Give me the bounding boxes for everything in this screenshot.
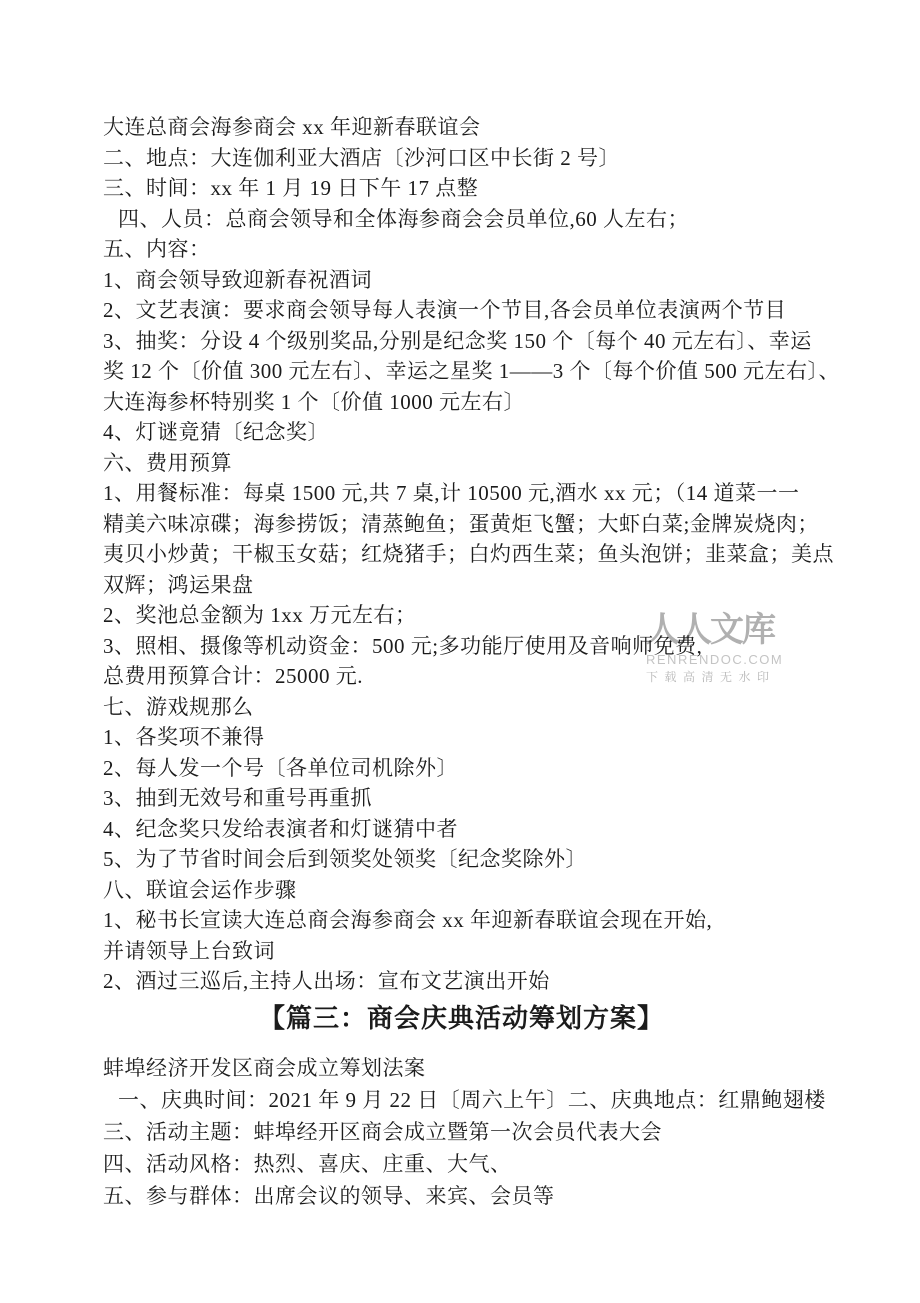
doc-line: 大连海参杯特别奖 1 个〔价值 1000 元左右〕 [103, 387, 820, 418]
doc-line: 4、灯谜竟猜〔纪念奖〕 [103, 417, 820, 448]
doc-line: 大连总商会海参商会 xx 年迎新春联谊会 [103, 112, 820, 143]
doc-line: 并请领导上台致词 [103, 936, 820, 967]
doc-line: 三、活动主题：蚌埠经开区商会成立暨第一次会员代表大会 [103, 1116, 820, 1148]
doc-line: 精美六味凉碟；海参捞饭；清蒸鲍鱼；蛋黄炬飞蟹；大虾白菜;金牌炭烧肉； [103, 509, 820, 540]
doc-line: 六、费用预算 [103, 448, 820, 479]
doc-line: 4、纪念奖只发给表演者和灯谜猜中者 [103, 814, 820, 845]
doc-line: 2、奖池总金额为 1xx 万元左右； [103, 600, 820, 631]
doc-line: 五、参与群体：出席会议的领导、来宾、会员等 [103, 1180, 820, 1212]
doc-line: 五、内容： [103, 234, 820, 265]
doc-line: 1、用餐标准：每桌 1500 元,共 7 桌,计 10500 元,酒水 xx 元… [103, 478, 820, 509]
document-page: 人人文库 RENRENDOC.COM 下载高清无水印 大连总商会海参商会 xx … [0, 0, 920, 1303]
doc-line: 奖 12 个〔价值 300 元左右〕、幸运之星奖 1——3 个〔每个价值 500… [103, 356, 820, 387]
doc-line: 夷贝小炒黄；干椒玉女菇；红烧猪手；白灼西生菜；鱼头泡饼；韭菜盒；美点 [103, 539, 820, 570]
doc-line: 三、时间：xx 年 1 月 19 日下午 17 点整 [103, 173, 820, 204]
doc-line: 二、地点：大连伽利亚大酒店〔沙河口区中长街 2 号〕 [103, 143, 820, 174]
doc-line: 四、人员：总商会领导和全体海参商会会员单位,60 人左右； [103, 204, 820, 235]
doc-line: 3、照相、摄像等机动资金：500 元;多功能厅使用及音响师免费, [103, 631, 820, 662]
doc-line: 3、抽到无效号和重号再重抓 [103, 783, 820, 814]
section-part3: 蚌埠经济开发区商会成立筹划法案 一、庆典时间：2021 年 9 月 22 日〔周… [103, 1052, 820, 1212]
doc-line: 一、庆典时间：2021 年 9 月 22 日〔周六上午〕二、庆典地点：红鼎鲍翅楼 [103, 1084, 820, 1116]
doc-line: 2、文艺表演：要求商会领导每人表演一个节目,各会员单位表演两个节目 [103, 295, 820, 326]
doc-line: 1、各奖项不兼得 [103, 722, 820, 753]
doc-line: 2、酒过三巡后,主持人出场：宣布文艺演出开始 [103, 966, 820, 997]
doc-line: 5、为了节省时间会后到领奖处领奖〔纪念奖除外〕 [103, 844, 820, 875]
doc-line: 总费用预算合计：25000 元. [103, 661, 820, 692]
doc-line: 七、游戏规那么 [103, 692, 820, 723]
doc-line: 四、活动风格：热烈、喜庆、庄重、大气、 [103, 1148, 820, 1180]
part3-heading: 【篇三：商会庆典活动筹划方案】 [103, 997, 820, 1041]
section-part2: 大连总商会海参商会 xx 年迎新春联谊会 二、地点：大连伽利亚大酒店〔沙河口区中… [103, 112, 820, 997]
doc-line: 双辉；鸿运果盘 [103, 570, 820, 601]
doc-line: 1、商会领导致迎新春祝酒词 [103, 265, 820, 296]
doc-line: 1、秘书长宣读大连总商会海参商会 xx 年迎新春联谊会现在开始, [103, 905, 820, 936]
doc-line: 3、抽奖：分设 4 个级别奖品,分别是纪念奖 150 个〔每个 40 元左右〕、… [103, 326, 820, 357]
doc-line: 蚌埠经济开发区商会成立筹划法案 [103, 1052, 820, 1084]
doc-line: 2、每人发一个号〔各单位司机除外〕 [103, 753, 820, 784]
doc-line: 八、联谊会运作步骤 [103, 875, 820, 906]
document-body: 大连总商会海参商会 xx 年迎新春联谊会 二、地点：大连伽利亚大酒店〔沙河口区中… [103, 112, 820, 1212]
